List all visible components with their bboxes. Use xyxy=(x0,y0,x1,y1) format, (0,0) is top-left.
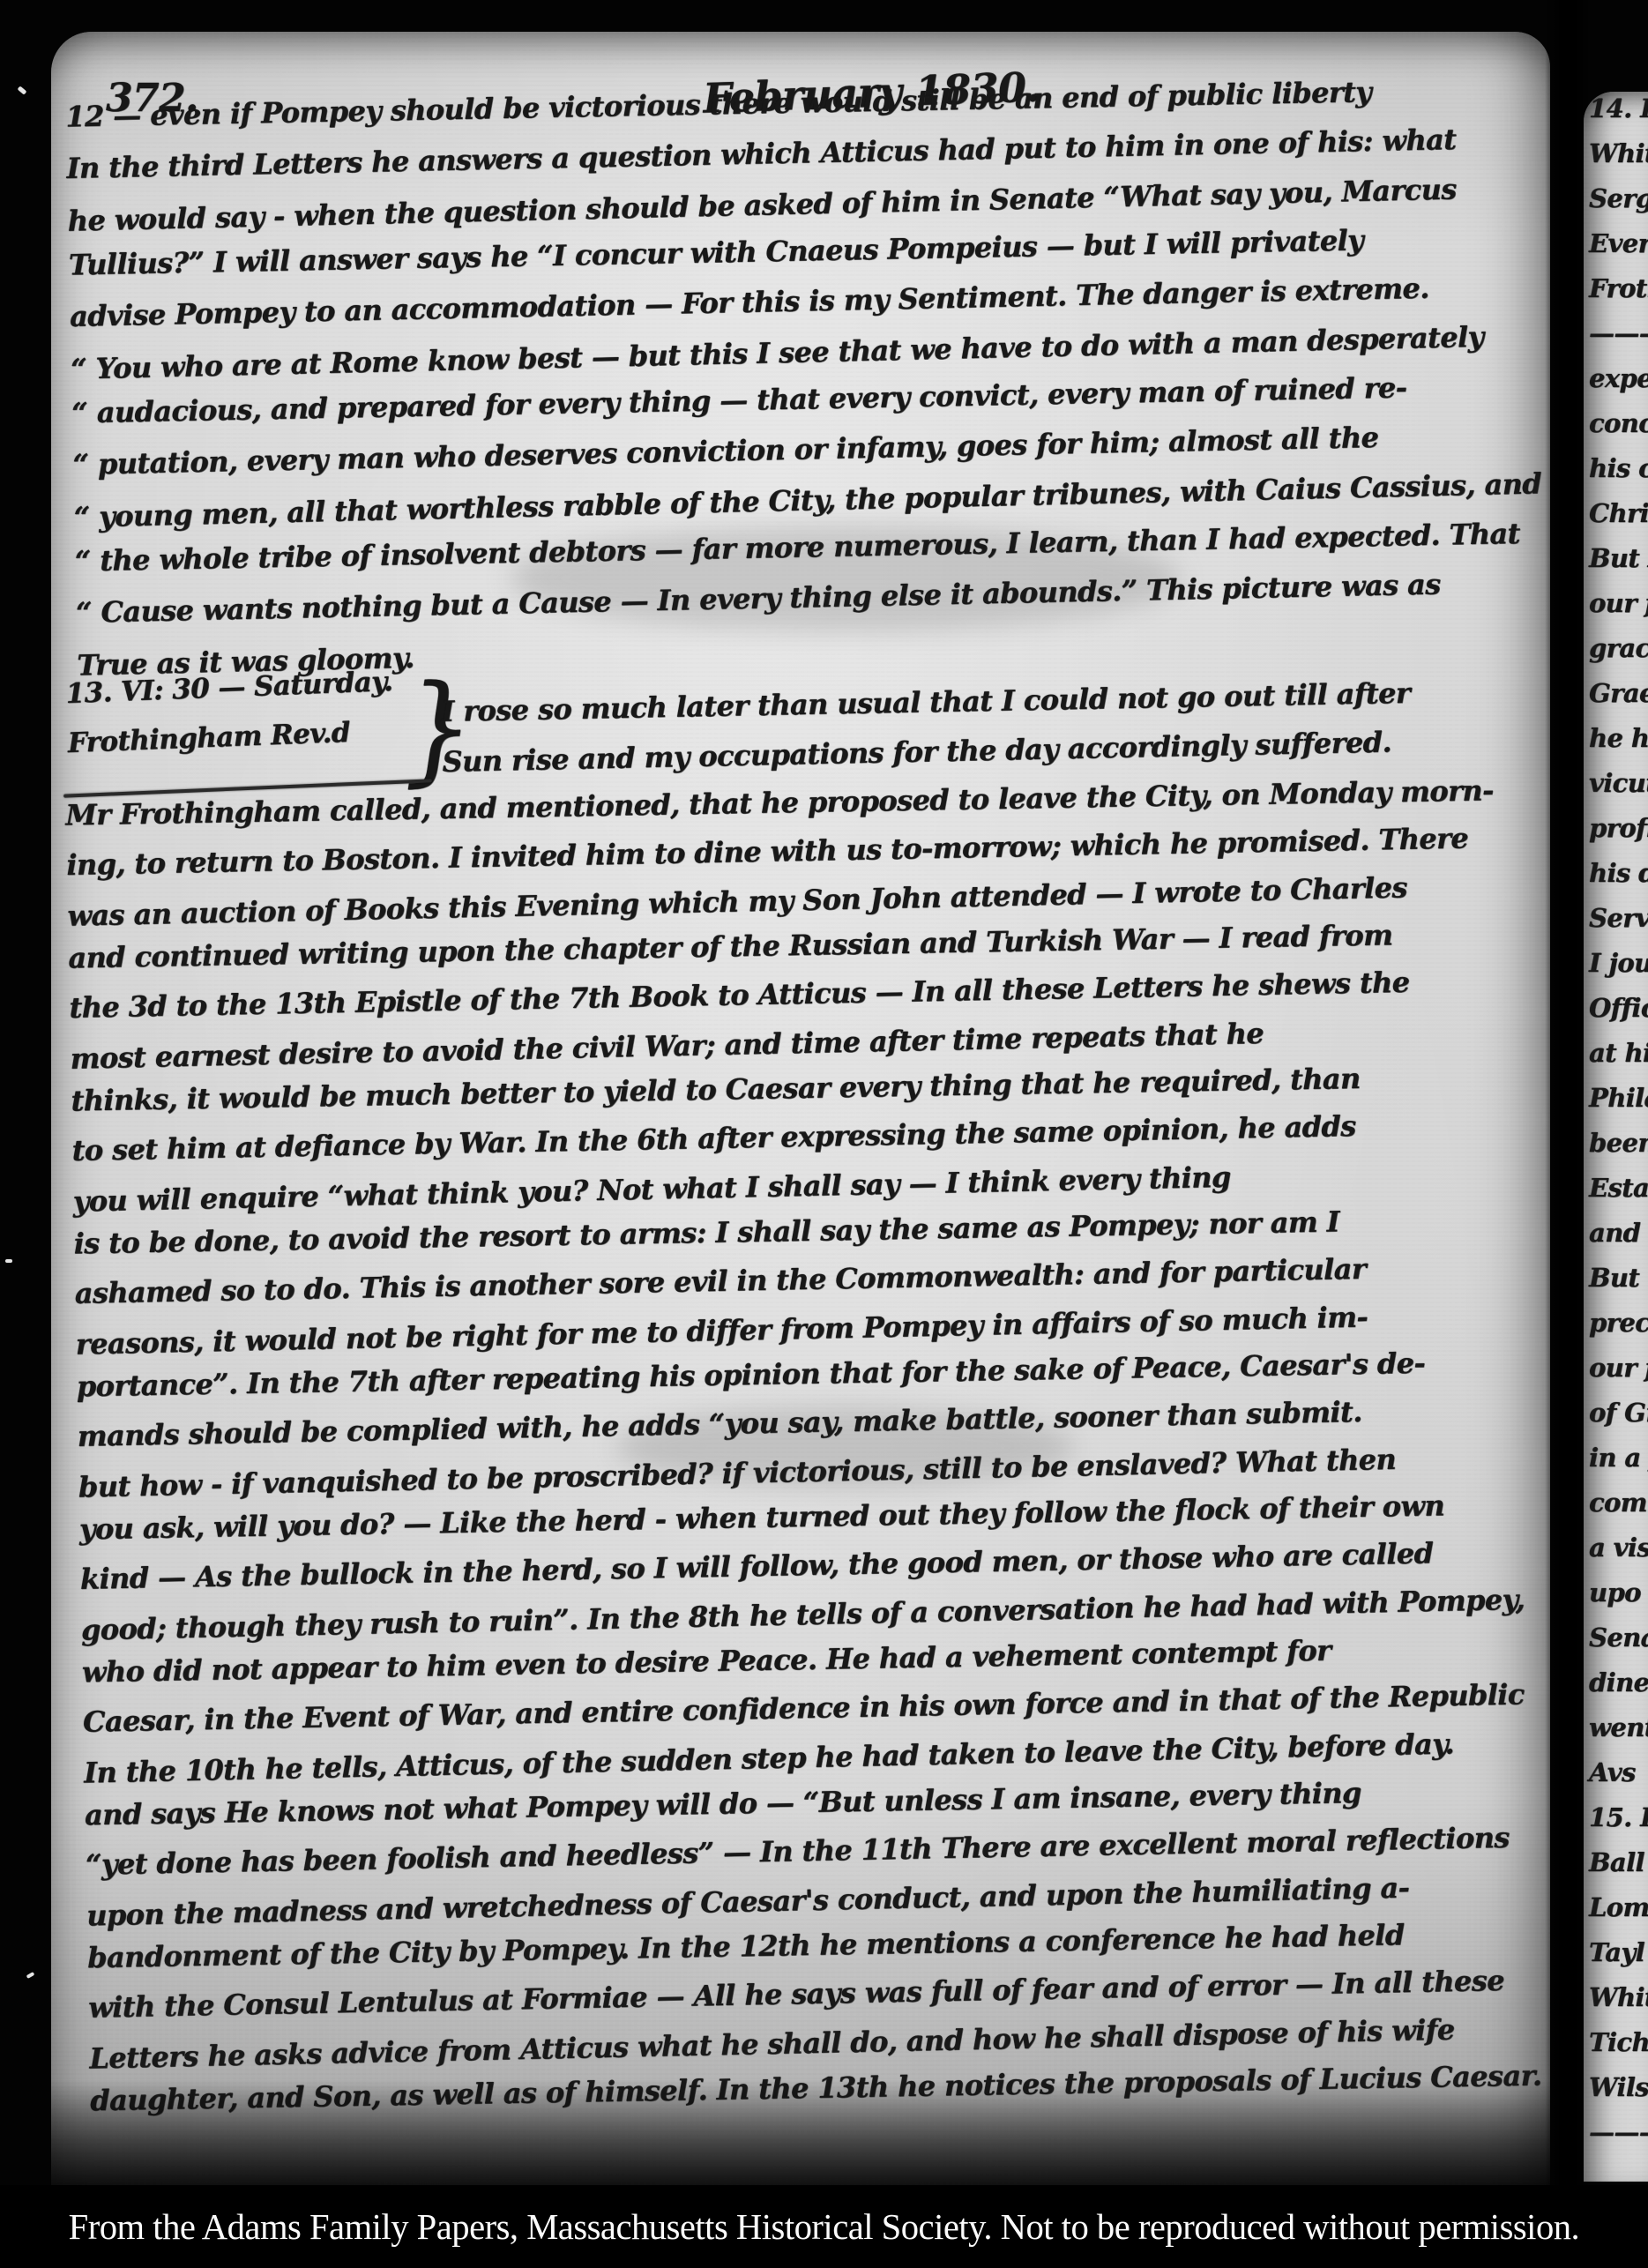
manuscript-fragment: Whit xyxy=(1589,138,1648,183)
manuscript-fragment: he ha xyxy=(1589,723,1648,768)
manuscript-fragment: Servi xyxy=(1589,903,1648,948)
scan-artifact xyxy=(5,1259,12,1263)
manuscript-fragment: our fa xyxy=(1589,588,1648,633)
archive-credit-text: From the Adams Family Papers, Massachuse… xyxy=(69,2205,1580,2248)
manuscript-fragment: But M xyxy=(1589,543,1648,588)
manuscript-fragment: Whit xyxy=(1589,1982,1648,2027)
manuscript-fragment: Ever xyxy=(1589,228,1648,273)
manuscript-fragment: Phila xyxy=(1589,1083,1648,1128)
facing-page-sliver: 14. IVWhitSergEverFroth———expeconclhis c… xyxy=(1584,92,1648,2182)
manuscript-fragment: Wilso xyxy=(1589,2072,1648,2117)
entry-13-body-text: Mr Frothingham called, and mentioned, th… xyxy=(65,772,1550,2134)
manuscript-fragment: But xyxy=(1589,1263,1648,1308)
manuscript-fragment: vicut xyxy=(1589,768,1648,813)
facing-page-text-fragments: 14. IVWhitSergEverFroth———expeconclhis c… xyxy=(1589,93,1648,2162)
manuscript-fragment: Office xyxy=(1589,993,1648,1038)
manuscript-fragment: of Gr xyxy=(1589,1398,1648,1443)
manuscript-fragment: been xyxy=(1589,1128,1648,1173)
entry-13-margin: 13. VI: 30 — Saturday. Frothingham Rev.d xyxy=(65,666,396,777)
manuscript-fragment: at his xyxy=(1589,1038,1648,1083)
manuscript-fragment: went xyxy=(1589,1712,1648,1757)
manuscript-fragment: in a f xyxy=(1589,1443,1648,1488)
manuscript-fragment: Grae xyxy=(1589,678,1648,723)
manuscript-fragment: and xyxy=(1589,1218,1648,1263)
manuscript-fragment: comm xyxy=(1589,1488,1648,1533)
manuscript-fragment: his di xyxy=(1589,858,1648,903)
manuscript-fragment: Serg xyxy=(1589,183,1648,228)
manuscript-fragment: grac xyxy=(1589,633,1648,678)
manuscript-fragment: 15. IV xyxy=(1589,1802,1648,1847)
manuscript-fragment: Lom xyxy=(1589,1892,1648,1937)
manuscript-fragment: our fl xyxy=(1589,1353,1648,1398)
scan-artifact xyxy=(18,86,27,94)
manuscript-fragment: Estab xyxy=(1589,1173,1648,1218)
manuscript-fragment: ——— xyxy=(1589,318,1648,363)
manuscript-fragment: Tichn xyxy=(1589,2027,1648,2072)
manuscript-fragment: Ball xyxy=(1589,1847,1648,1892)
scan-artifact xyxy=(26,1972,35,1979)
manuscript-fragment: his cr xyxy=(1589,453,1648,498)
archive-credit-band: From the Adams Family Papers, Massachuse… xyxy=(0,2185,1648,2268)
entry-12-text: 12 — even if Pompey should be victorious… xyxy=(65,71,1550,695)
manuscript-fragment: expe xyxy=(1589,363,1648,408)
manuscript-fragment: Tayl xyxy=(1589,1937,1648,1982)
manuscript-fragment: dine xyxy=(1589,1667,1648,1712)
manuscript-fragment: concl xyxy=(1589,408,1648,453)
manuscript-fragment: Froth xyxy=(1589,273,1648,318)
manuscript-fragment: upo xyxy=(1589,1578,1648,1623)
diary-page: 372. February 1830. 12 — even if Pompey … xyxy=(51,32,1550,2194)
manuscript-fragment: prece xyxy=(1589,1308,1648,1353)
manuscript-fragment: Avs xyxy=(1589,1757,1648,1802)
manuscript-fragment: Christ xyxy=(1589,498,1648,543)
manuscript-fragment: Senat xyxy=(1589,1623,1648,1667)
manuscript-scan: 372. February 1830. 12 — even if Pompey … xyxy=(0,0,1648,2268)
manuscript-fragment: profit xyxy=(1589,813,1648,858)
manuscript-fragment: ——— xyxy=(1589,2117,1648,2162)
manuscript-fragment: I jou xyxy=(1589,948,1648,993)
manuscript-fragment: 14. IV xyxy=(1589,93,1648,138)
manuscript-fragment: a visi xyxy=(1589,1533,1648,1578)
